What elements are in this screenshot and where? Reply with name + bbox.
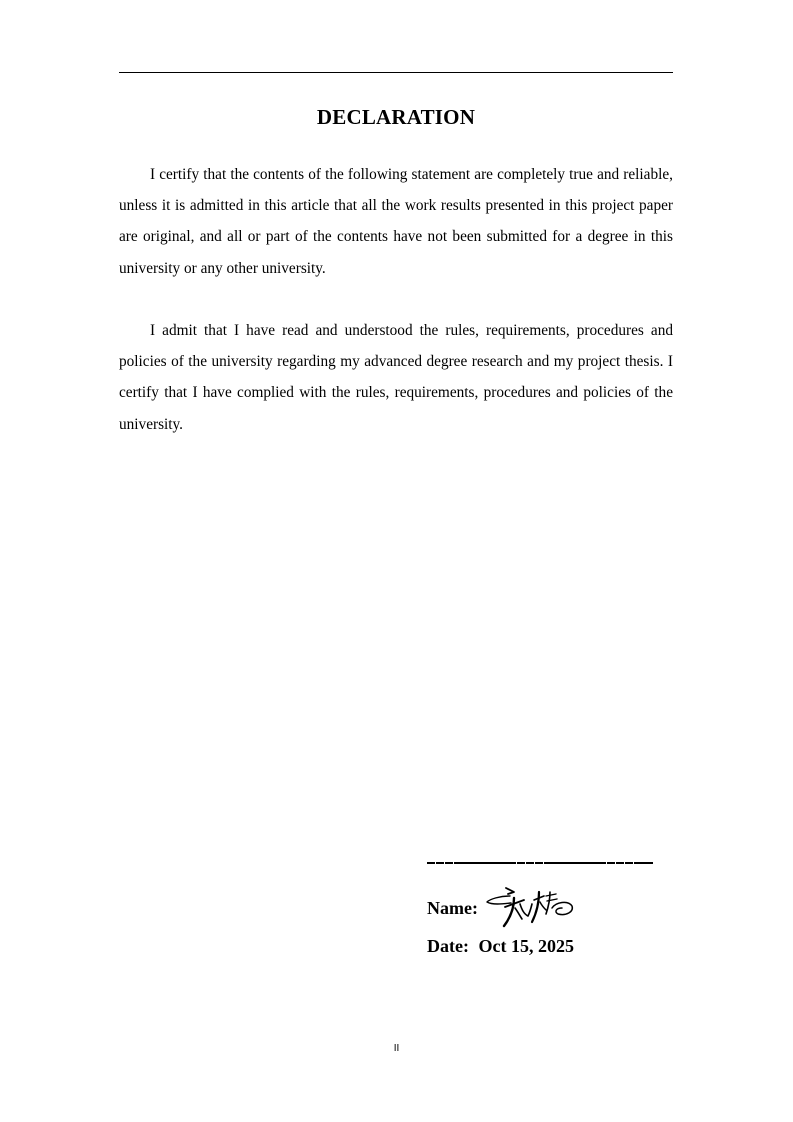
declaration-paragraph-2: I admit that I have read and understood … — [119, 315, 673, 440]
date-value: Oct 15, 2025 — [478, 936, 573, 956]
paragraph-text: I certify that the contents of the follo… — [119, 159, 673, 284]
name-row: Name: — [427, 894, 576, 922]
document-page: DECLARATION I certify that the contents … — [0, 0, 793, 1122]
header-rule — [119, 72, 673, 73]
date-row: Date: Oct 15, 2025 — [427, 936, 574, 957]
page-number: II — [0, 1042, 793, 1056]
signature-line — [427, 862, 653, 864]
page-title: DECLARATION — [119, 103, 673, 131]
date-label: Date: — [427, 936, 469, 956]
declaration-paragraph-1: I certify that the contents of the follo… — [119, 159, 673, 284]
paragraph-text: I admit that I have read and understood … — [119, 315, 673, 440]
handwritten-signature-icon — [484, 882, 576, 928]
name-label: Name: — [427, 898, 478, 919]
